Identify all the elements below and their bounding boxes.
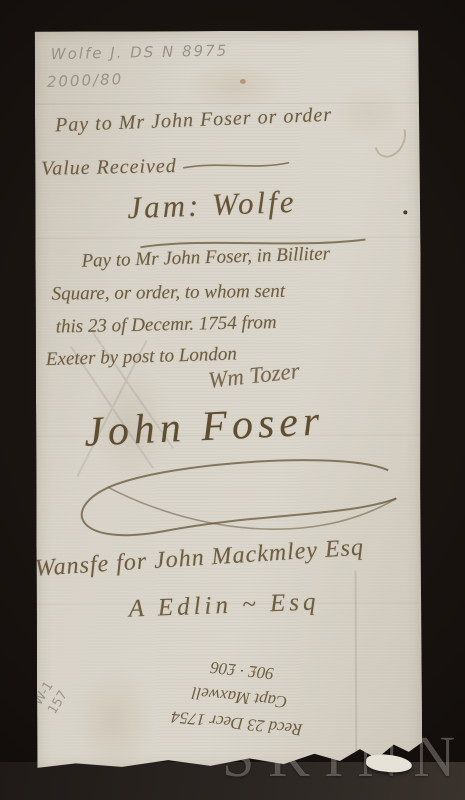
body-text-line: Pay to Mr John Foser, in Billiter <box>81 243 330 272</box>
pencil-price-note: 2000/80 <box>47 70 124 91</box>
body-text-line: Square, or order, to whom sent <box>52 281 286 306</box>
auction-photo: SKINNER Wolfe J. DS N 8975 2000/80 Pay t… <box>0 0 465 800</box>
ink-dot <box>403 210 407 214</box>
wolfe-signature: Jam: Wolfe <box>127 184 297 226</box>
value-received-line: Value Received <box>41 153 291 181</box>
reversed-endorsement-block: Recd 23 Decr 1754 Capt Maxwell 90£ · £06 <box>119 645 361 747</box>
body-text-line: this 23 of Decemr. 1754 from <box>56 312 277 339</box>
ink-crescent-mark <box>368 114 412 163</box>
foser-signature: John Foser <box>83 397 325 456</box>
docket-edlin-line: A Edlin ~ Esq <box>128 588 320 623</box>
fold-crease <box>35 236 420 238</box>
pencil-inventory-number: W-1 157 <box>31 679 73 718</box>
pencil-catalog-note: Wolfe J. DS N 8975 <box>51 41 229 63</box>
manuscript-paper: Wolfe J. DS N 8975 2000/80 Pay to Mr Joh… <box>35 30 423 768</box>
fold-crease <box>35 102 420 104</box>
stain <box>333 82 405 144</box>
pen-flourish-dash <box>181 158 291 174</box>
rust-spot <box>240 79 246 84</box>
value-received-text: Value Received <box>41 155 177 180</box>
docket-transfer-line: Wansfe for John Mackmley Esq <box>34 534 365 582</box>
pay-order-line: Pay to Mr John Foser or order <box>55 104 333 138</box>
